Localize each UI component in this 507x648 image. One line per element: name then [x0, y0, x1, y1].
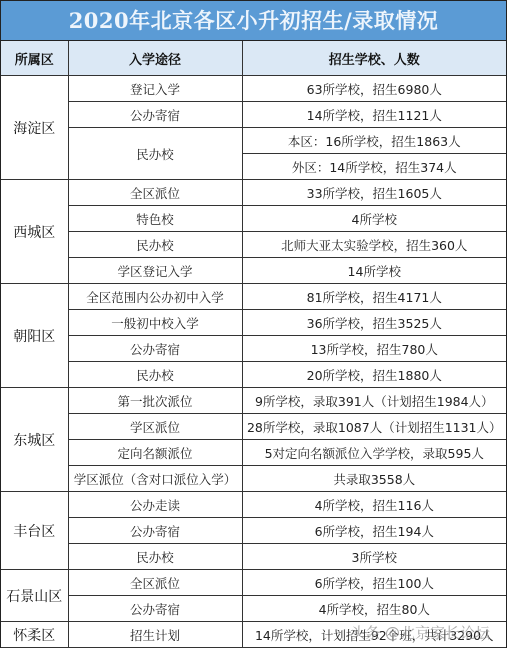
district-cell: 东城区 [1, 388, 68, 492]
detail-cell: 81所学校，招生4171人 [242, 284, 506, 310]
route-cell: 公办寄宿 [68, 596, 242, 622]
district-cell: 怀柔区 [1, 622, 68, 648]
table-row: 民办校 北师大亚太实验学校，招生360人 [1, 232, 506, 258]
header-row: 所属区 入学途径 招生学校、人数 [1, 41, 506, 76]
detail-cell: 14所学校，招生1121人 [242, 102, 506, 128]
route-cell: 全区派位 [68, 570, 242, 596]
route-cell: 学区派位（含对口派位入学） [68, 466, 242, 492]
route-cell: 招生计划 [68, 622, 242, 648]
route-cell: 公办走读 [68, 492, 242, 518]
table-row: 公办寄宿 4所学校，招生80人 [1, 596, 506, 622]
route-cell: 民办校 [68, 544, 242, 570]
route-cell: 特色校 [68, 206, 242, 232]
detail-cell: 外区：14所学校，招生374人 [242, 154, 506, 180]
route-cell: 全区范围内公办初中入学 [68, 284, 242, 310]
detail-cell: 4所学校，招生80人 [242, 596, 506, 622]
detail-cell: 共录取3558人 [242, 466, 506, 492]
route-cell: 民办校 [68, 362, 242, 388]
table-row: 学区派位（含对口派位入学） 共录取3558人 [1, 466, 506, 492]
table-row: 东城区 第一批次派位 9所学校，录取391人（计划招生1984人） [1, 388, 506, 414]
table-row: 民办校 本区：16所学校，招生1863人 [1, 128, 506, 154]
route-cell: 公办寄宿 [68, 336, 242, 362]
detail-cell: 4所学校，招生116人 [242, 492, 506, 518]
table-row: 学区派位 28所学校，录取1087人（计划招生1131人） [1, 414, 506, 440]
detail-cell: 3所学校 [242, 544, 506, 570]
district-cell: 石景山区 [1, 570, 68, 622]
table-row: 怀柔区 招生计划 14所学校，计划招生92个班，共计3290人 [1, 622, 506, 648]
district-cell: 西城区 [1, 180, 68, 284]
table-row: 公办寄宿 13所学校，招生780人 [1, 336, 506, 362]
table-row: 西城区 全区派位 33所学校，招生1605人 [1, 180, 506, 206]
header-district: 所属区 [1, 41, 68, 76]
detail-cell: 20所学校，招生1880人 [242, 362, 506, 388]
detail-cell: 28所学校，录取1087人（计划招生1131人） [242, 414, 506, 440]
route-cell: 公办寄宿 [68, 102, 242, 128]
detail-cell: 北师大亚太实验学校，招生360人 [242, 232, 506, 258]
district-cell: 丰台区 [1, 492, 68, 570]
header-schools-count: 招生学校、人数 [242, 41, 506, 76]
table-row: 一般初中校入学 36所学校，招生3525人 [1, 310, 506, 336]
route-cell: 民办校 [68, 128, 242, 180]
detail-cell: 6所学校，招生194人 [242, 518, 506, 544]
table-row: 特色校 4所学校 [1, 206, 506, 232]
route-cell: 第一批次派位 [68, 388, 242, 414]
district-cell: 海淀区 [1, 76, 68, 180]
detail-cell: 36所学校，招生3525人 [242, 310, 506, 336]
table-row: 公办寄宿 6所学校，招生194人 [1, 518, 506, 544]
detail-cell: 本区：16所学校，招生1863人 [242, 128, 506, 154]
enrollment-table-image: 2020年北京各区小升初招生/录取情况 所属区 入学途径 招生学校、人数 海淀区… [0, 0, 507, 648]
route-cell: 一般初中校入学 [68, 310, 242, 336]
route-cell: 学区登记入学 [68, 258, 242, 284]
detail-cell: 5对定向名额派位入学学校，录取595人 [242, 440, 506, 466]
table-row: 民办校 3所学校 [1, 544, 506, 570]
detail-cell: 6所学校，招生100人 [242, 570, 506, 596]
detail-cell: 14所学校 [242, 258, 506, 284]
district-cell: 朝阳区 [1, 284, 68, 388]
table-row: 丰台区 公办走读 4所学校，招生116人 [1, 492, 506, 518]
detail-cell: 13所学校，招生780人 [242, 336, 506, 362]
route-cell: 民办校 [68, 232, 242, 258]
table-row: 朝阳区 全区范围内公办初中入学 81所学校，招生4171人 [1, 284, 506, 310]
table-row: 石景山区 全区派位 6所学校，招生100人 [1, 570, 506, 596]
table-title: 2020年北京各区小升初招生/录取情况 [1, 1, 506, 41]
detail-cell: 9所学校，录取391人（计划招生1984人） [242, 388, 506, 414]
detail-cell: 4所学校 [242, 206, 506, 232]
detail-cell: 63所学校，招生6980人 [242, 76, 506, 102]
table-row: 海淀区 登记入学 63所学校，招生6980人 [1, 76, 506, 102]
table-row: 公办寄宿 14所学校，招生1121人 [1, 102, 506, 128]
route-cell: 定向名额派位 [68, 440, 242, 466]
table-row: 学区登记入学 14所学校 [1, 258, 506, 284]
enrollment-table: 所属区 入学途径 招生学校、人数 海淀区 登记入学 63所学校，招生6980人 … [1, 41, 506, 648]
route-cell: 公办寄宿 [68, 518, 242, 544]
detail-cell: 33所学校，招生1605人 [242, 180, 506, 206]
route-cell: 登记入学 [68, 76, 242, 102]
table-row: 民办校 20所学校，招生1880人 [1, 362, 506, 388]
table-row: 定向名额派位 5对定向名额派位入学学校，录取595人 [1, 440, 506, 466]
detail-cell: 14所学校，计划招生92个班，共计3290人 [242, 622, 506, 648]
route-cell: 全区派位 [68, 180, 242, 206]
header-route: 入学途径 [68, 41, 242, 76]
route-cell: 学区派位 [68, 414, 242, 440]
